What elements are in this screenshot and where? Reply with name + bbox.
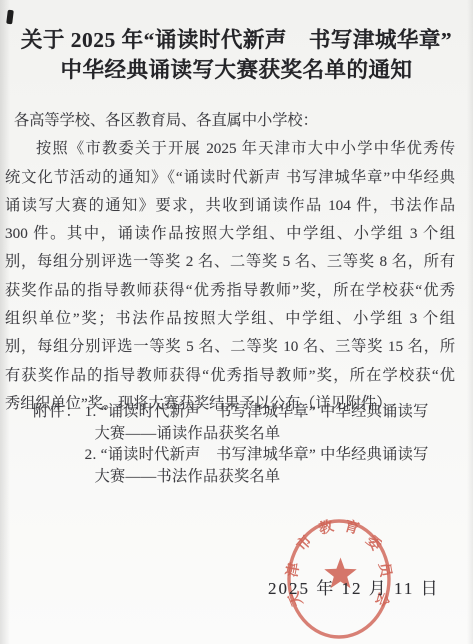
attachments-label: 附件： xyxy=(33,401,82,423)
body-line: 别，每组分别评选一等奖 2 名、二等奖 5 名、三等奖 8 名，所有 xyxy=(5,248,455,276)
body-line: 统文化节活动的通知》《“诵读时代新声 书写津城华章”中华经典 xyxy=(5,164,455,192)
scanned-notice-page: 关于 2025 年“诵读时代新声 书写津城华章” 中华经典诵读写大赛获奖名单的通… xyxy=(0,0,473,644)
salutation-line: 各高等学校、各区教育局、各直属中小学校： xyxy=(5,107,464,135)
issue-date: 2025 年 12 月 11 日 xyxy=(268,574,440,599)
seal-character: 育 xyxy=(343,516,362,537)
body-line: 300 件。其中，诵读作品按照大学组、中学组、小学组 3 个组 xyxy=(5,220,455,248)
notice-body: 各高等学校、各区教育局、各直属中小学校： 按照《市教委关于开展 2025 年天津… xyxy=(5,107,455,418)
scan-artifact-speck xyxy=(6,10,14,25)
body-line: 组织单位”奖；书法作品按照大学组、中学组、小学组 3 个组 xyxy=(5,305,455,333)
attachments-list: 1. “诵读时代新声 书写津城华章” 中华经典诵读写 大赛——诵读作品获奖名单 … xyxy=(85,401,429,488)
attachment-line: 1. “诵读时代新声 书写津城华章” 中华经典诵读写 xyxy=(85,401,429,423)
body-line: 诵读写大赛的通知》要求，共收到诵读作品 104 件，书法作品 xyxy=(5,192,455,220)
body-line: 有获奖作品的指导教师获得“优秀指导教师”奖，所在学校获“优 xyxy=(5,362,455,390)
page-edge-shadow-right xyxy=(467,0,473,644)
attachment-line: 大赛——诵读作品获奖名单 xyxy=(85,423,429,445)
notice-title: 关于 2025 年“诵读时代新声 书写津城华章” 中华经典诵读写大赛获奖名单的通… xyxy=(0,26,473,85)
attachments-section: 附件： 1. “诵读时代新声 书写津城华章” 中华经典诵读写 大赛——诵读作品获… xyxy=(33,401,429,488)
body-line: 别，每组分别评选一等奖 5 名、二等奖 10 名、三等奖 15 名，所 xyxy=(5,333,455,361)
attachment-line: 2. “诵读时代新声 书写津城华章” 中华经典诵读写 xyxy=(85,444,429,466)
notice-title-line-2: 中华经典诵读写大赛获奖名单的通知 xyxy=(0,56,473,86)
body-line: 获奖作品的指导教师获得“优秀指导教师”奖，所在学校获“优秀 xyxy=(5,277,455,305)
attachment-line: 大赛——书法作品获奖名单 xyxy=(85,466,429,488)
body-line: 按照《市教委关于开展 2025 年天津市大中小学中华优秀传 xyxy=(5,135,455,163)
notice-title-line-1: 关于 2025 年“诵读时代新声 书写津城华章” xyxy=(0,26,473,56)
